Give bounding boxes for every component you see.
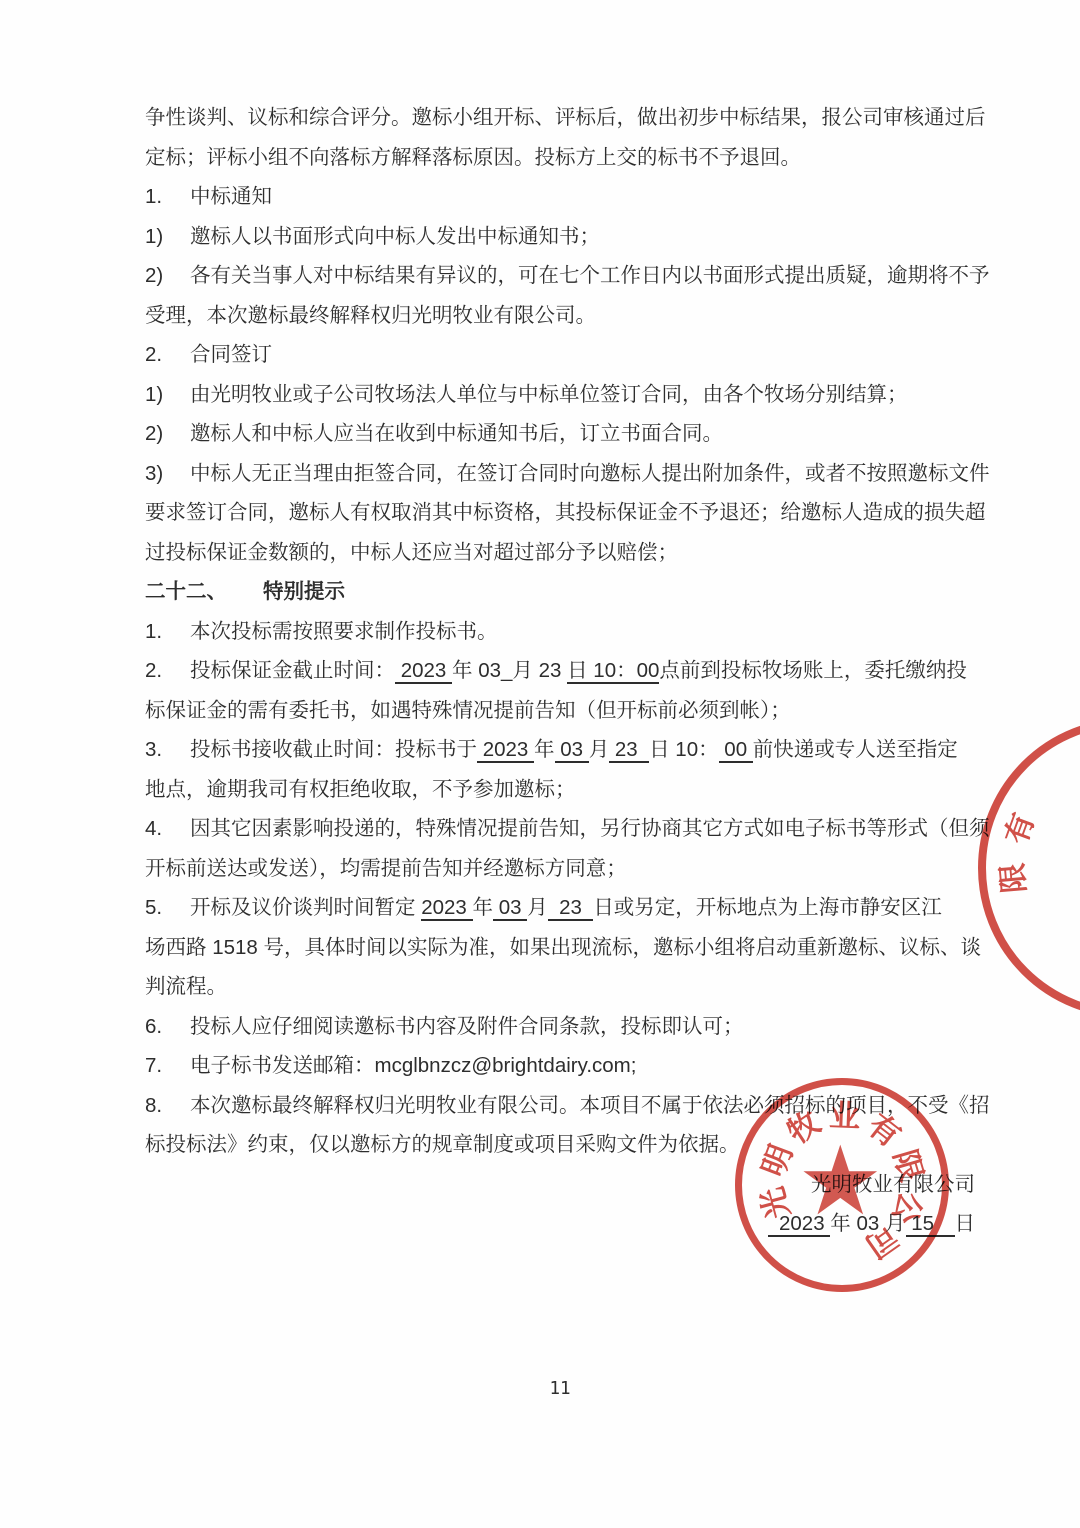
underlined-field: 00 [719, 738, 753, 763]
document-line: 2.合同签订 [145, 335, 975, 375]
line-text: 地点，逾期我司有权拒绝收取，不予参加邀标； [145, 770, 576, 810]
text-segment: 点前到投标牧场账上，委托缴纳投 [659, 659, 967, 682]
document-line: 8.本次邀标最终解释权归光明牧业有限公司。本项目不属于依法必须招标的项目，不受《… [145, 1086, 975, 1126]
line-text: 由光明牧业或子公司牧场法人单位与中标单位签订合同，由各个牧场分别结算； [190, 375, 908, 415]
line-text: 中标人无正当理由拒签合同，在签订合同时向邀标人提出附加条件，或者不按照邀标文件 [190, 454, 990, 494]
line-text: 光明牧业有限公司 [811, 1165, 975, 1205]
underlined-field: 23 [548, 896, 594, 921]
text-segment: 月 [527, 896, 548, 919]
underlined-field: 23 [609, 738, 649, 763]
underlined-field: 2023 [477, 738, 534, 763]
text-segment: 电子标书发送邮箱：mcglbnzcz@brightdairy.com; [190, 1054, 636, 1077]
list-marker: 3) [145, 454, 190, 494]
line-text: 投标人应仔细阅读邀标书内容及附件合同条款，投标即认可； [190, 1007, 744, 1047]
document-line: 场西路 1518 号，具体时间以实际为准，如果出现流标，邀标小组将启动重新邀标、… [145, 928, 975, 968]
document-line: 1.本次投标需按照要求制作投标书。 [145, 612, 975, 652]
text-segment: 日 [955, 1212, 976, 1235]
document-line: 4.因其它因素影响投递的，特殊情况提前告知，另行协商其它方式如电子标书等形式（但… [145, 809, 975, 849]
text-segment: 地点，逾期我司有权拒绝收取，不予参加邀标； [145, 778, 576, 801]
list-marker: 6. [145, 1007, 190, 1047]
list-marker: 5. [145, 888, 190, 928]
underlined-field: 2023 [421, 896, 472, 921]
document-line: 5.开标及议价谈判时间暂定 2023 年 03 月 23 日或另定，开标地点为上… [145, 888, 975, 928]
text-segment: 标投标法》约束，仅以邀标方的规章制度或项目采购文件为依据。 [145, 1133, 740, 1156]
line-text: 开标前送达或发送），均需提前告知并经邀标方同意； [145, 849, 627, 889]
text-segment: 由光明牧业或子公司牧场法人单位与中标单位签订合同，由各个牧场分别结算； [190, 383, 908, 406]
text-segment: 开标及议价谈判时间暂定 [190, 896, 421, 919]
text-segment: 光明牧业有限公司 [811, 1173, 975, 1196]
list-marker: 2) [145, 256, 190, 296]
line-text: 电子标书发送邮箱：mcglbnzcz@brightdairy.com; [190, 1046, 636, 1086]
document-line: 二十二、特别提示 [145, 572, 975, 612]
line-text: 特别提示 [263, 572, 345, 612]
document-line: 要求签订合同，邀标人有权取消其中标资格，其投标保证金不予退还；给邀标人造成的损失… [145, 493, 975, 533]
text-segment: 前快递或专人送至指定 [753, 738, 958, 761]
line-text: 标保证金的需有委托书，如遇特殊情况提前告知（但开标前必须到帐）； [145, 691, 791, 731]
list-marker: 1) [145, 375, 190, 415]
line-text: 开标及议价谈判时间暂定 2023 年 03 月 23 日或另定，开标地点为上海市… [190, 888, 942, 928]
line-text: 合同签订 [190, 335, 272, 375]
document-line: 定标；评标小组不向落标方解释落标原因。投标方上交的标书不予退回。 [145, 138, 975, 178]
text-segment: 月 [589, 738, 610, 761]
text-segment: 本次投标需按照要求制作投标书。 [190, 620, 498, 643]
text-segment: 判流程。 [145, 975, 227, 998]
document-line: 2.投标保证金截止时间： 2023 年 03_月 23 日 10：00点前到投标… [145, 651, 975, 691]
list-marker: 7. [145, 1046, 190, 1086]
text-segment: 年 03 月 [830, 1212, 905, 1235]
text-segment: 争性谈判、议标和综合评分。邀标小组开标、评标后，做出初步中标结果，报公司审核通过… [145, 106, 986, 129]
text-segment: 过投标保证金数额的，中标人还应当对超过部分予以赔偿； [145, 541, 678, 564]
text-segment: 本次邀标最终解释权归光明牧业有限公司。本项目不属于依法必须招标的项目，不受《招 [190, 1094, 990, 1117]
line-text: 本次邀标最终解释权归光明牧业有限公司。本项目不属于依法必须招标的项目，不受《招 [190, 1086, 990, 1126]
text-segment: 合同签订 [190, 343, 272, 366]
document-line: 争性谈判、议标和综合评分。邀标小组开标、评标后，做出初步中标结果，报公司审核通过… [145, 98, 975, 138]
document-line: 2)邀标人和中标人应当在收到中标通知书后，订立书面合同。 [145, 414, 975, 454]
document-line: 1)邀标人以书面形式向中标人发出中标通知书； [145, 217, 975, 257]
document-line: 过投标保证金数额的，中标人还应当对超过部分予以赔偿； [145, 533, 975, 573]
text-segment: 受理，本次邀标最终解释权归光明牧业有限公司。 [145, 304, 596, 327]
text-segment: 年 [534, 738, 555, 761]
text-segment: 标保证金的需有委托书，如遇特殊情况提前告知（但开标前必须到帐）； [145, 699, 791, 722]
text-segment: 定标；评标小组不向落标方解释落标原因。投标方上交的标书不予退回。 [145, 146, 801, 169]
document-line: 受理，本次邀标最终解释权归光明牧业有限公司。 [145, 296, 975, 336]
text-segment: 日 10： [649, 738, 719, 761]
document-line: 3)中标人无正当理由拒签合同，在签订合同时向邀标人提出附加条件，或者不按照邀标文… [145, 454, 975, 494]
text-segment: 日或另定，开标地点为上海市静安区江 [593, 896, 942, 919]
list-marker: 2. [145, 335, 190, 375]
page-number: 11 [145, 1369, 975, 1409]
line-text: 投标书接收截止时间：投标书于 2023 年 03 月 23 日 10： 00 前… [190, 730, 958, 770]
document-line: 7.电子标书发送邮箱：mcglbnzcz@brightdairy.com; [145, 1046, 975, 1086]
text-segment: 开标前送达或发送），均需提前告知并经邀标方同意； [145, 857, 627, 880]
underlined-field: 2023 [395, 659, 452, 684]
document-line: 6.投标人应仔细阅读邀标书内容及附件合同条款，投标即认可； [145, 1007, 975, 1047]
text-segment: 中标通知 [190, 185, 272, 208]
underlined-field: 03 [493, 896, 527, 921]
document-body: 争性谈判、议标和综合评分。邀标小组开标、评标后，做出初步中标结果，报公司审核通过… [0, 0, 1080, 1409]
document-line: 地点，逾期我司有权拒绝收取，不予参加邀标； [145, 770, 975, 810]
list-marker: 二十二、 [145, 572, 263, 612]
list-marker: 8. [145, 1086, 190, 1126]
line-text: 中标通知 [190, 177, 272, 217]
line-text: 2023 年 03 月 15 日 [768, 1204, 975, 1244]
line-text: 因其它因素影响投递的，特殊情况提前告知，另行协商其它方式如电子标书等形式（但须 [190, 809, 990, 849]
document-line: 3.投标书接收截止时间：投标书于 2023 年 03 月 23 日 10： 00… [145, 730, 975, 770]
line-text: 邀标人以书面形式向中标人发出中标通知书； [190, 217, 600, 257]
line-text: 判流程。 [145, 967, 227, 1007]
signature-company: 光明牧业有限公司 [145, 1165, 975, 1205]
document-page: { "document": { "lines": [ {"s":[{"t":"争… [0, 0, 1080, 1528]
document-lines: 争性谈判、议标和综合评分。邀标小组开标、评标后，做出初步中标结果，报公司审核通过… [145, 98, 975, 1244]
list-marker: 3. [145, 730, 190, 770]
text-segment: 场西路 1518 号，具体时间以实际为准，如果出现流标，邀标小组将启动重新邀标、… [145, 936, 981, 959]
line-text: 邀标人和中标人应当在收到中标通知书后，订立书面合同。 [190, 414, 723, 454]
list-marker: 1) [145, 217, 190, 257]
line-text: 各有关当事人对中标结果有异议的，可在七个工作日内以书面形式提出质疑，逾期将不予 [190, 256, 990, 296]
line-text: 过投标保证金数额的，中标人还应当对超过部分予以赔偿； [145, 533, 678, 573]
line-text: 标投标法》约束，仅以邀标方的规章制度或项目采购文件为依据。 [145, 1125, 740, 1165]
line-text: 场西路 1518 号，具体时间以实际为准，如果出现流标，邀标小组将启动重新邀标、… [145, 928, 981, 968]
signature-date: 2023 年 03 月 15 日 [145, 1204, 975, 1244]
list-marker: 2) [145, 414, 190, 454]
text-segment: 特别提示 [263, 580, 345, 603]
text-segment: 投标书接收截止时间：投标书于 [190, 738, 477, 761]
line-text: 要求签订合同，邀标人有权取消其中标资格，其投标保证金不予退还；给邀标人造成的损失… [145, 493, 986, 533]
document-line: 开标前送达或发送），均需提前告知并经邀标方同意； [145, 849, 975, 889]
underlined-field: 2023 [768, 1212, 831, 1237]
line-text: 本次投标需按照要求制作投标书。 [190, 612, 498, 652]
document-line: 标投标法》约束，仅以邀标方的规章制度或项目采购文件为依据。 [145, 1125, 975, 1165]
line-text: 受理，本次邀标最终解释权归光明牧业有限公司。 [145, 296, 596, 336]
text-segment: 邀标人和中标人应当在收到中标通知书后，订立书面合同。 [190, 422, 723, 445]
text-segment: 年 03_月 23 [452, 659, 567, 682]
document-line: 1.中标通知 [145, 177, 975, 217]
text-segment: 投标保证金截止时间： [190, 659, 395, 682]
document-line: 判流程。 [145, 967, 975, 1007]
document-line: 2)各有关当事人对中标结果有异议的，可在七个工作日内以书面形式提出质疑，逾期将不… [145, 256, 975, 296]
list-marker: 4. [145, 809, 190, 849]
document-line: 1)由光明牧业或子公司牧场法人单位与中标单位签订合同，由各个牧场分别结算； [145, 375, 975, 415]
text-segment: 要求签订合同，邀标人有权取消其中标资格，其投标保证金不予退还；给邀标人造成的损失… [145, 501, 986, 524]
text-segment: 邀标人以书面形式向中标人发出中标通知书； [190, 225, 600, 248]
text-segment: 投标人应仔细阅读邀标书内容及附件合同条款，投标即认可； [190, 1015, 744, 1038]
line-text: 投标保证金截止时间： 2023 年 03_月 23 日 10：00点前到投标牧场… [190, 651, 967, 691]
underlined-field: 日 10：00 [567, 659, 659, 684]
text-segment: 年 [473, 896, 494, 919]
line-text: 定标；评标小组不向落标方解释落标原因。投标方上交的标书不予退回。 [145, 138, 801, 178]
list-marker: 1. [145, 612, 190, 652]
list-marker: 1. [145, 177, 190, 217]
line-text: 争性谈判、议标和综合评分。邀标小组开标、评标后，做出初步中标结果，报公司审核通过… [145, 98, 986, 138]
underlined-field: 15 [906, 1212, 955, 1237]
document-line: 标保证金的需有委托书，如遇特殊情况提前告知（但开标前必须到帐）； [145, 691, 975, 731]
text-segment: 因其它因素影响投递的，特殊情况提前告知，另行协商其它方式如电子标书等形式（但须 [190, 817, 990, 840]
text-segment: 中标人无正当理由拒签合同，在签订合同时向邀标人提出附加条件，或者不按照邀标文件 [190, 462, 990, 485]
text-segment: 各有关当事人对中标结果有异议的，可在七个工作日内以书面形式提出质疑，逾期将不予 [190, 264, 990, 287]
underlined-field: 03 [555, 738, 589, 763]
list-marker: 2. [145, 651, 190, 691]
